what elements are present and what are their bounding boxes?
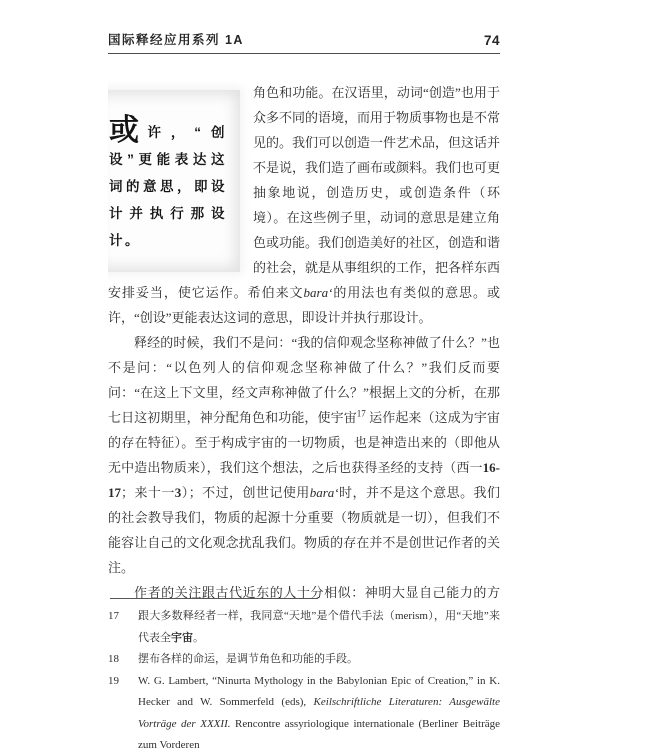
book-page: 国际释经应用系列 1A 74 或许，“创设”更能表达这词的意思，即设计并执行那设… [0,0,650,750]
pull-quote-box: 或许，“创设”更能表达这词的意思，即设计并执行那设计。 [108,90,240,272]
footnote-number: 17 [108,606,138,649]
footnote-text: 跟大多数释经者一样，我同意“天地”是个借代手法（merism），用“天地”来代表… [138,606,500,649]
footnote-19: 19 W. G. Lambert, “Ninurta Mythology in … [108,671,500,750]
paragraph-3: 作者的关注跟古代近东的人十分相似：神明大显自己能力的方式，不是造出物质来，而是摆… [108,580,500,600]
running-head: 国际释经应用系列 1A 74 [108,30,500,54]
paragraph-2: 释经的时候，我们不是问：“我的信仰观念坚称神做了什么？”也不是问：“以色列人的信… [108,330,500,580]
footnote-number: 19 [108,671,138,750]
footnote-text: W. G. Lambert, “Ninurta Mythology in the… [138,671,500,750]
footnote-number: 18 [108,649,138,671]
running-head-area: 国际释经应用系列 1A 74 [108,30,500,54]
footnote-17: 17 跟大多数释经者一样，我同意“天地”是个借代手法（merism），用“天地”… [108,606,500,649]
pull-quote-lead-char: 或 [109,114,146,147]
footnote-18: 18 摆布各样的命运，是调节角色和功能的手段。 [108,649,500,671]
footnotes-area: 17 跟大多数释经者一样，我同意“天地”是个借代手法（merism），用“天地”… [108,598,500,750]
page-number: 74 [484,33,500,48]
footnote-text: 摆布各样的命运，是调节角色和功能的手段。 [138,649,500,671]
footnote-separator-rule [110,598,318,599]
series-title: 国际释经应用系列 1A [108,30,244,48]
body-text-area: 或许，“创设”更能表达这词的意思，即设计并执行那设计。 角色和功能。在汉语里，动… [108,80,500,600]
